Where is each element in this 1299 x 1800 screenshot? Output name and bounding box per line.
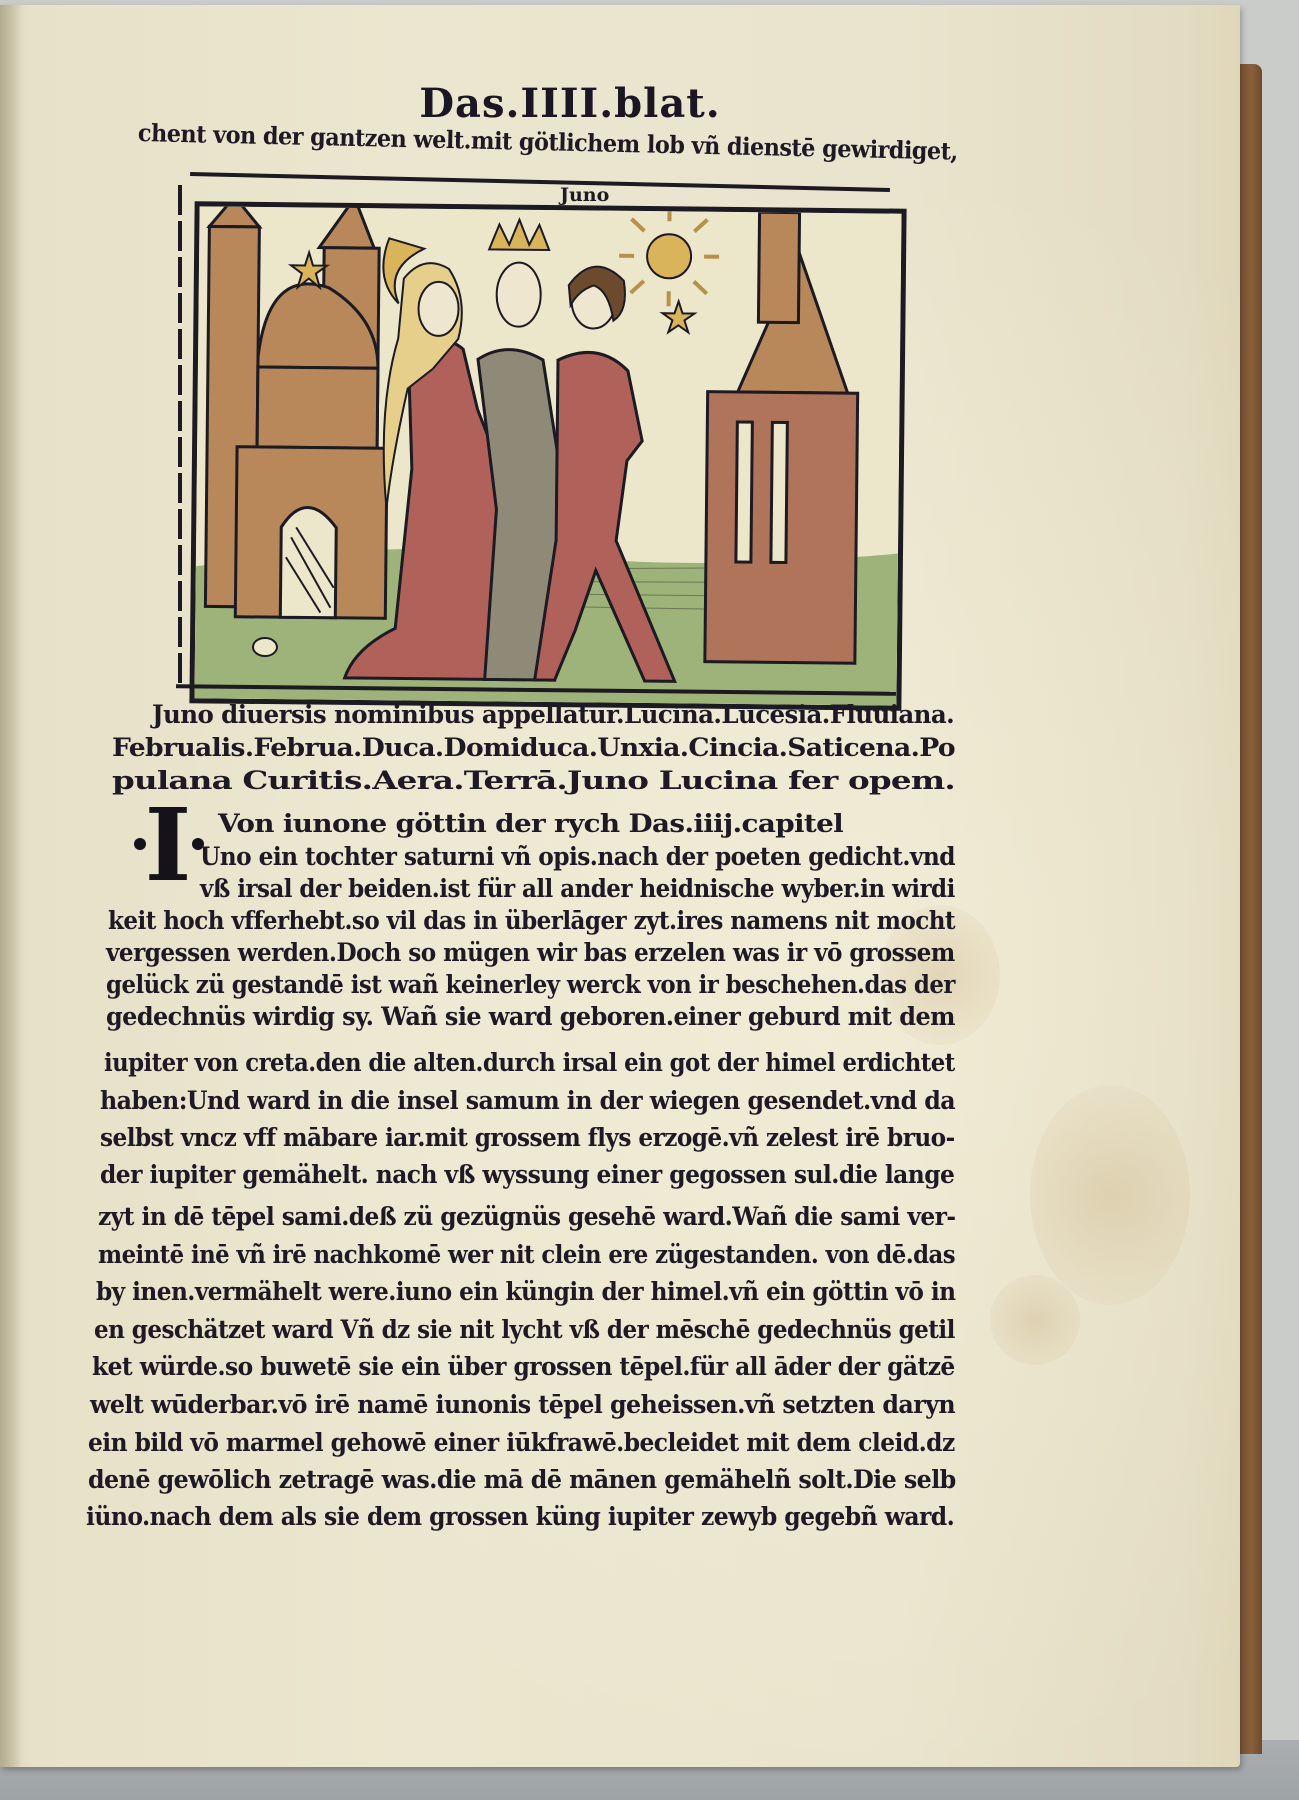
body-line: meintē inē vñ irē nachkomē wer nit clein… xyxy=(98,1240,955,1269)
body-line: ein bild vō marmel gehowē einer iūkfrawē… xyxy=(88,1428,955,1457)
running-head: Das.IIII.blat. xyxy=(400,80,740,127)
body-line: iupiter von creta.den die alten.durch ir… xyxy=(104,1048,955,1077)
woodcut-caption: Juno xyxy=(560,184,609,206)
body-line: iüno.nach dem als sie dem grossen küng i… xyxy=(86,1502,954,1531)
body-line: ket würde.so buwetē sie ein über grossen… xyxy=(92,1352,955,1381)
body-line: keit hoch vfferhebt.so vil das in überlā… xyxy=(108,906,955,935)
woodcut-scene xyxy=(194,206,901,705)
body-line: gedechnüs wirdig sy. Wañ sie ward gebore… xyxy=(106,1002,955,1031)
foxing-stain xyxy=(990,1275,1080,1365)
body-line: en geschätzet ward Vñ dz sie nit lycht v… xyxy=(94,1315,955,1344)
latin-line: pulana Curitis.Aera.Terrā.Juno Lucina fe… xyxy=(112,766,955,795)
body-line: denē gewōlich zetragē was.die mā dē māne… xyxy=(88,1465,956,1494)
body-line: Uno ein tochter saturni vñ opis.nach der… xyxy=(200,842,955,871)
woodcut-illustration xyxy=(189,201,906,710)
chapter-heading: Von iunone göttin der rych Das.iiij.capi… xyxy=(218,809,843,838)
woodcut-rule-left xyxy=(178,185,182,685)
body-line: by inen.vermähelt were.iuno ein küngin d… xyxy=(96,1277,955,1306)
body-line: selbst vncz vff mābare iar.mit grossem f… xyxy=(100,1123,955,1152)
body-line: der iupiter gemähelt. nach vß wyssung ei… xyxy=(100,1160,954,1189)
body-line: welt wūderbar.vō irē namē iunonis tēpel … xyxy=(90,1390,955,1419)
body-line: gelück zü gestandē ist wañ keinerley wer… xyxy=(106,970,955,999)
foxing-stain xyxy=(1030,1085,1190,1305)
latin-line: Februalis.Februa.Duca.Domiduca.Unxia.Cin… xyxy=(112,733,955,762)
drop-cap-initial: I xyxy=(138,800,198,890)
body-line: vß irsal der beiden.ist für all ander he… xyxy=(200,874,955,903)
body-line: vergessen werden.Doch so mügen wir bas e… xyxy=(106,938,955,967)
body-line: zyt in dē tēpel sami.deß zü gezügnüs ges… xyxy=(98,1202,955,1231)
body-line: haben:Und ward in die insel samum in der… xyxy=(100,1086,955,1115)
latin-line: Juno diuersis nominibus appellatur.Lucin… xyxy=(152,700,954,729)
